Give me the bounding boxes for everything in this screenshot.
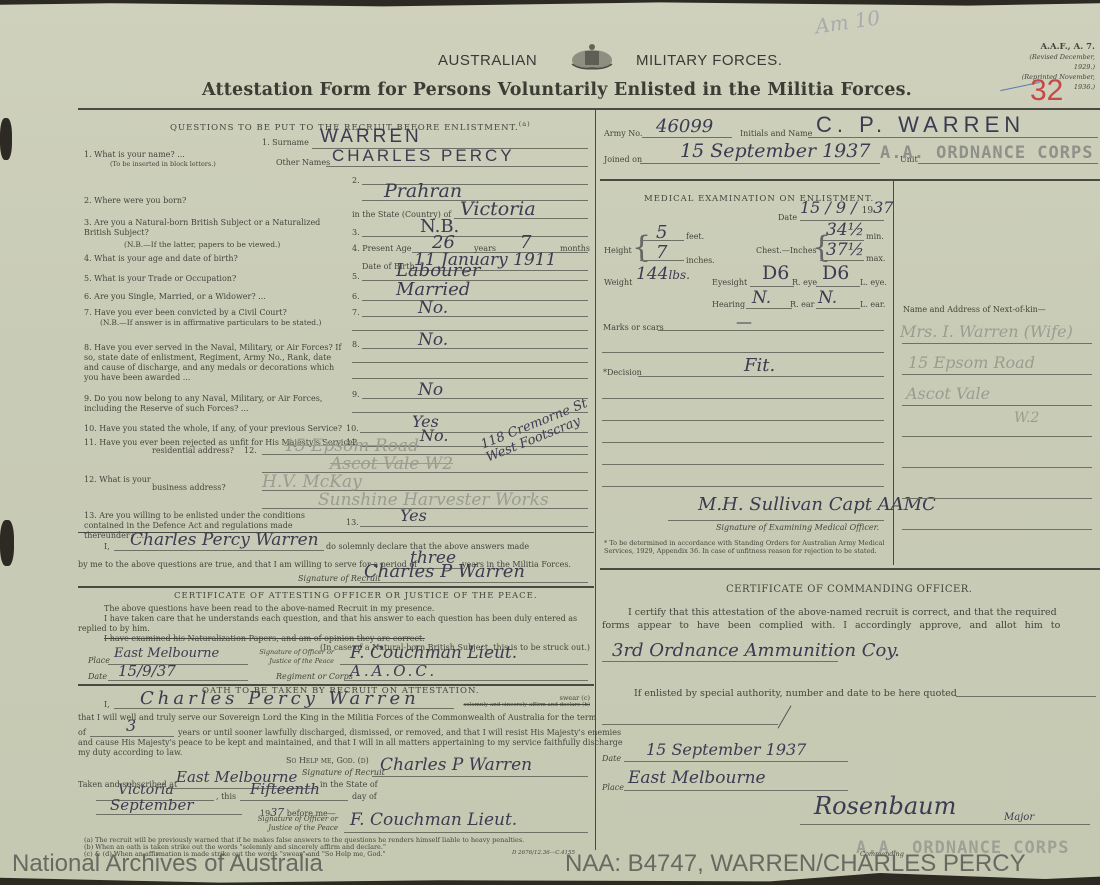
commanding-date-line [624,761,848,762]
nok-line-6 [902,498,1092,499]
l-ear-label: L. ear. [860,300,885,310]
form-title: Attestation Form for Persons Voluntarily… [202,80,912,100]
coat-of-arms-icon [568,42,616,74]
oath-state-label: in the State of [320,780,378,789]
residential-line1: 15 Epsom Road [284,436,419,456]
chest-min-label: min. [866,232,884,242]
surname-label: 1. Surname [262,138,309,148]
folio-number: 32 [1030,74,1063,108]
oath-day-line [240,800,348,801]
q7-line-2 [352,330,588,331]
residential-line2: Ascot Vale W2 [330,454,453,474]
marks-line-1 [658,330,884,331]
so-help-me-god: So Help me, God. (d) [286,756,369,765]
revised-date: (Revised December, 1929.) [1029,53,1095,71]
declaration-prefix: I, [104,542,110,552]
current-forces-value: No [418,380,443,400]
nok-line-7 [902,529,1092,530]
commanding-date-label: Date [602,754,621,763]
birthplace-value: Prahran [384,180,462,202]
l-ear-line [816,308,860,309]
oath-name: Charles Percy Warren [140,688,420,709]
marital-status-value: Married [396,279,470,300]
q9-label: 9. Do you now belong to any Naval, Milit… [84,394,346,414]
chest-max-line [820,260,864,261]
oath-term-line [90,736,174,737]
nok-line-2 [902,374,1092,375]
other-names-value: CHARLES PERCY [332,146,515,166]
nok-address-3: W.2 [1014,410,1039,426]
oath-officer-signature: F. Couchman Lieut. [350,810,517,830]
oath-of: of [78,728,86,737]
allotted-line [602,661,838,662]
marks-line-2 [602,352,884,353]
form-code: A.A.F., A. 7. [1040,42,1095,52]
nok-name: Mrs. I. Warren (Wife) [900,322,1073,341]
decision-line [638,376,884,377]
q7-sub: (N.B.—If answer is in affirmative partic… [100,318,321,328]
joined-value: 15 September 1937 [680,140,870,162]
marks-label: Marks or scars [603,323,664,333]
r-ear-line [746,308,792,309]
occupation-value: Labourer [396,260,481,281]
chest-max: 37½ [826,240,864,260]
q9-num: 9. [352,390,360,400]
oath-day: Fifteenth [250,780,320,798]
commanding-signature: Rosenbaum [814,792,956,820]
chest-max-label: max. [866,254,885,264]
business-line1: H.V. McKay [262,472,362,492]
months-label: months [560,244,590,254]
medical-line-4 [602,464,884,465]
recruit-signature: Charles P Warren [364,561,525,582]
q3-num: 3. [352,228,360,238]
header-australian: AUSTRALIAN [438,52,537,69]
commanding-text1: I certify that this attestation of the a… [628,607,1057,618]
chest-label: Chest.—Inches [756,246,817,256]
attesting-date-line [108,680,248,681]
medical-line-5 [602,486,884,487]
attesting-date: 15/9/37 [118,662,176,680]
nok-address-1: 15 Epsom Road [908,353,1035,372]
medical-date-label: Date [778,213,797,223]
q3-sub: (N.B.—If the latter, papers to be viewed… [124,240,280,249]
business-label: business address? [152,483,226,493]
joined-label: Joined on [604,155,642,165]
next-of-kin-label: Name and Address of Next-of-kin— [903,305,1046,314]
decision-label: *Decision [603,368,642,378]
present-age-label: 4. Present Age [352,244,412,254]
commanding-place: East Melbourne [628,768,766,788]
q9-line-1 [362,398,588,399]
pencil-note: Am 10 [814,6,882,39]
initials-name-value: C. P. WARREN [816,112,1025,138]
medical-footnote: * To be determined in accordance with St… [604,539,886,555]
unit-line [918,163,1098,164]
oath-term: 3 [126,716,136,735]
height-label: Height [604,246,632,256]
corps-line [344,680,588,681]
declaration-name: Charles Percy Warren [130,530,319,550]
q3-label: 3. Are you a Natural-born British Subjec… [84,218,344,238]
recruit-signature-line [360,582,588,583]
special-authority-line-2 [602,724,778,725]
special-authority-label: If enlisted by special authority, number… [634,688,957,699]
q13-num: 13. [346,518,359,528]
declaration-name-line [114,550,324,551]
medical-line-1 [602,398,884,399]
corps-value: A.A.O.C. [350,662,437,680]
weight-label: Weight [604,278,632,288]
record-reference-watermark: NAA: B4747, WARREN/CHARLES PERCY [565,850,1026,878]
army-no-line [642,137,732,138]
marks-value: — [736,312,752,331]
state-value: Victoria [460,198,536,220]
medical-rule [600,568,1100,570]
corps-label: Regiment or Corps [276,672,353,681]
nok-line-1 [902,343,1092,344]
attesting-line1: The above questions have been read to th… [104,604,434,613]
archive-watermark: National Archives of Australia [12,850,323,878]
r-ear-label: R. ear [790,300,814,310]
attesting-place-label: Place [88,656,110,665]
r-eye-value: D6 [762,262,789,284]
q1-label: 1. What is your name? ... [84,150,185,160]
army-no-label: Army No. [604,129,642,139]
rejected-value: No. [420,426,448,445]
q3-line [362,236,588,237]
nok-line-5 [902,467,1092,468]
commanding-certificate-heading: CERTIFICATE OF COMMANDING OFFICER. [726,584,972,595]
medical-officer-signature: M.H. Sullivan Capt AAMC [698,494,936,515]
day-of-label: day of [352,792,377,801]
attesting-place: East Melbourne [114,646,219,661]
commanding-place-label: Place [602,783,624,792]
attesting-line2: I have taken care that he understands ea… [78,614,590,634]
residential-label: residential address? [152,446,234,456]
commanding-text2: forms appear to have been complied with.… [602,620,1060,631]
weight-value: 144lbs. [636,264,690,284]
oath-text2: years or until sooner lawfully discharge… [178,728,621,737]
previous-service-value: No. [418,330,448,350]
oath-text1: that I will well and truly serve our Sov… [78,713,596,722]
q6-line [362,300,588,301]
punch-hole-top [0,118,12,160]
r-eye-label: R. eye [792,278,817,288]
q5-label: 5. What is your Trade or Occupation? [84,274,236,284]
commanding-rank: Major [1004,812,1034,823]
q7-label: 7. Have you ever been convicted by a Civ… [84,308,287,318]
q4-label: 4. What is your age and date of birth? [84,254,238,264]
hearing-label: Hearing [712,300,745,310]
chest-min: 34½ [826,220,864,240]
army-no-value: 46099 [656,116,713,137]
q8-line-1 [362,348,588,349]
q7-num: 7. [352,308,360,318]
q8-line-2 [352,362,588,363]
q7-line-1 [362,316,588,317]
nok-address-2: Ascot Vale [906,384,990,403]
oath-prefix: I, [104,700,110,710]
this-label: , this [216,792,236,801]
commanding-place-line [624,790,848,791]
special-authority-slash [778,705,792,728]
torn-top-edge [0,0,1100,8]
height-inches: 7 [656,242,667,263]
other-names-line [326,166,588,167]
feet-label: feet. [686,232,704,242]
q5-num: 5. [352,272,360,282]
medical-line-3 [602,442,884,443]
oath-month: September [110,796,194,814]
q8-line-3 [352,378,588,379]
r-eye-line [750,286,794,287]
unit-stamp: A.A. ORDNANCE CORPS [880,143,1093,163]
l-ear-value: N. [818,288,837,308]
right-top-rule [600,179,1100,181]
other-names-label: Other Names [276,158,330,168]
allotted-unit: 3rd Ordnance Ammunition Coy. [612,640,900,661]
decision-value: Fit. [744,355,775,376]
oath-officer-signature-line [344,832,588,833]
q12-label: 12. What is your [84,475,151,485]
declaration-rule [78,586,594,588]
medical-line-2 [602,420,884,421]
oath-month-line [96,814,242,815]
q8-label: 8. Have you ever served in the Naval, Mi… [84,343,346,383]
medical-signature-line [668,520,884,521]
attesting-signature: F. Couchman Lieut. [350,643,517,663]
special-authority-line-1 [956,696,1096,697]
inches-label: inches. [686,256,715,266]
oath-affirm-struck: solemnly and sincerely affirm and declar… [458,702,590,708]
attesting-struck-text: I have examined his Naturalization Paper… [104,634,425,643]
oath-swear: swear (c) [458,694,590,702]
attesting-signature-label: Signature of Officer or Justice of the P… [254,648,334,666]
business-line2: Sunshine Harvester Works [318,490,549,510]
attesting-certificate-heading: CERTIFICATE OF ATTESTING OFFICER OR JUST… [174,591,538,601]
oath-officer-signature-label: Signature of Officer or Justice of the P… [248,815,338,833]
joined-line [640,163,880,164]
l-eye-value: D6 [822,262,849,284]
q2-label: 2. Where were you born? [84,196,186,206]
q2-num: 2. [352,176,360,186]
convicted-value: No. [418,298,448,318]
r-ear-value: N. [752,288,771,308]
nok-line-3 [902,405,1092,406]
oath-text4: my duty according to law. [78,748,182,757]
q10-num: 10. [346,424,359,434]
initials-name-label: Initials and Name [740,129,812,139]
q8-num: 8. [352,340,360,350]
commanding-signature-line [800,824,1090,825]
q1-sub: (To be inserted in block letters.) [110,160,216,168]
nok-line-4 [902,436,1092,437]
q6-num: 6. [352,292,360,302]
medical-signature-label: Signature of Examining Medical Officer. [716,523,879,532]
attestation-form-page: Am 10 AUSTRALIAN MILITARY FORCES. Attest… [0,0,1100,885]
oath-recruit-signature-line [372,776,588,777]
header-military-forces: MILITARY FORCES. [636,52,782,69]
attesting-date-label: Date [88,672,107,681]
l-eye-label: L. eye. [860,278,887,288]
header-rule [78,108,1100,110]
punch-hole-bottom [0,520,14,566]
q6-label: 6. Are you Single, Married, or a Widower… [84,292,266,302]
l-eye-line [816,286,860,287]
surname-value: WARREN [320,126,422,148]
willing-value: Yes [400,506,427,525]
q10-label: 10. Have you stated the whole, if any, o… [84,424,342,434]
eyesight-label: Eyesight [712,278,747,288]
commanding-date: 15 September 1937 [646,740,806,759]
oath-recruit-signature: Charles P Warren [380,755,532,775]
medical-date: 15 / 9 / 1937 [800,198,893,217]
q12-num: 12. [244,446,257,456]
q13-line [360,526,588,527]
height-feet: 5 [656,222,667,243]
oath-text3: and cause His Majesty's peace to be kept… [78,738,623,747]
